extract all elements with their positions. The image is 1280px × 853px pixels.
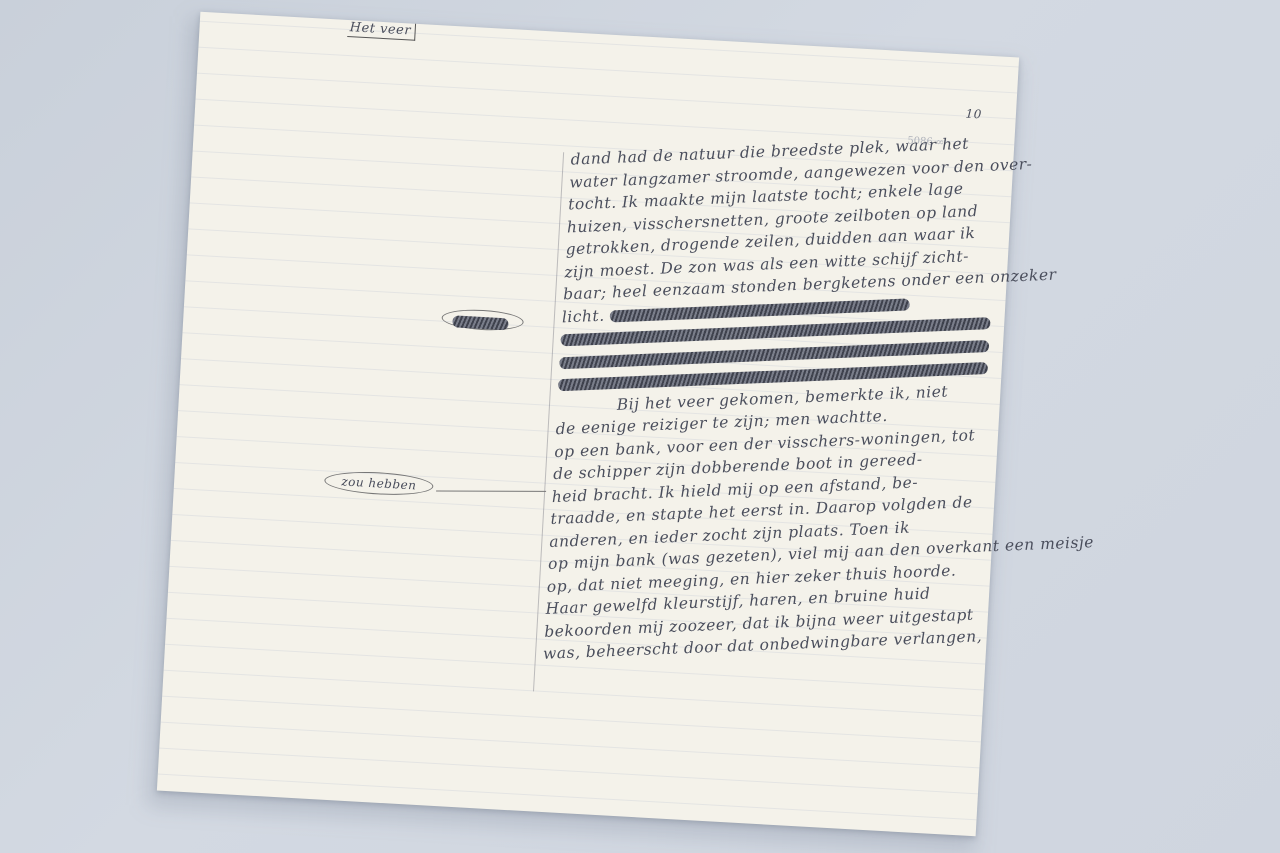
margin-note: zou hebben [341,474,417,492]
struck-margin-balloon [441,308,524,333]
text-fragment: licht. [562,306,605,326]
struck-text [452,315,509,330]
page-number: 10 [965,107,982,122]
margin-note-connector [436,491,546,492]
margin-note-balloon: zou hebben [324,469,434,497]
manuscript-page: Het veer 10 5086 ∞ zou hebben dand had d… [157,12,1019,837]
manuscript-body: dand had de natuur die breedste plek, wa… [542,149,1000,690]
manuscript-title-tag: Het veer [347,20,416,41]
